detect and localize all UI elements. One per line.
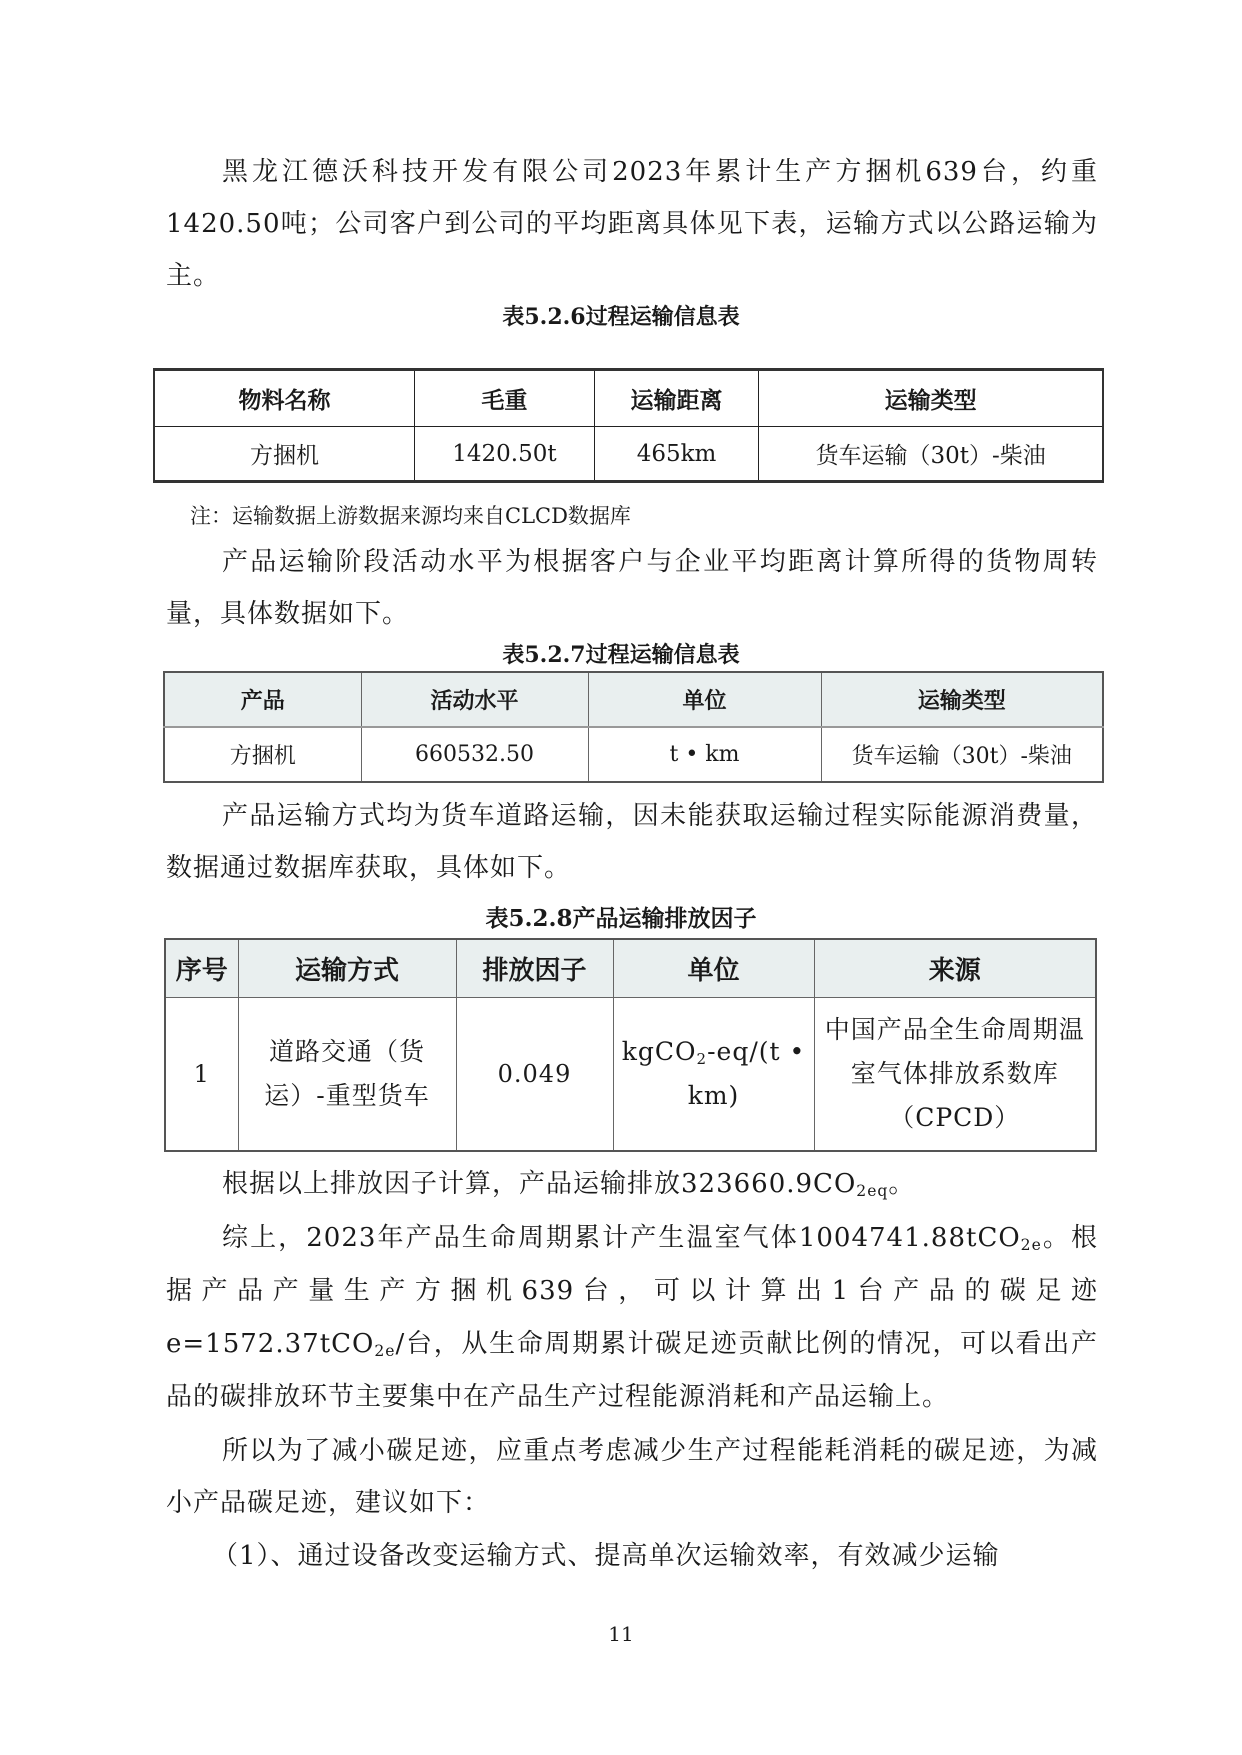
header-product: 产品 (164, 672, 361, 727)
page-number: 11 (0, 1622, 1242, 1646)
table-header-row: 物料名称 毛重 运输距离 运输类型 (154, 370, 1103, 427)
subscript: 2eq (856, 1182, 888, 1200)
header-transport-mode: 运输方式 (238, 939, 456, 998)
suggestion-item-1: （1）、通过设备改变运输方式、提高单次运输效率，有效减少运输 (166, 1530, 1098, 1582)
table3-caption: 表5.2.8产品运输排放因子 (0, 900, 1242, 933)
header-index: 序号 (165, 939, 238, 998)
unit-subscript: 2 (697, 1050, 708, 1068)
table1-caption: 表5.2.6过程运输信息表 (0, 300, 1242, 331)
header-activity-level: 活动水平 (361, 672, 588, 727)
cell-source: 中国产品全生命周期温室气体排放系数库（CPCD） (814, 998, 1096, 1152)
transport-info-table-2: 产品 活动水平 单位 运输类型 方捆机 660532.50 t • km 货车运… (163, 671, 1104, 783)
reduction-paragraph: 所以为了减小碳足迹，应重点考虑减少生产过程能耗消耗的碳足迹，为减小产品碳足迹，建… (166, 1425, 1098, 1529)
cell-transport-type: 货车运输（30t）-柴油 (759, 427, 1103, 482)
intro-paragraph: 黑龙江德沃科技开发有限公司2023年累计生产方捆机639台，约重1420.50吨… (166, 146, 1098, 302)
header-transport-type: 运输类型 (821, 672, 1103, 727)
cell-transport-type: 货车运输（30t）-柴油 (821, 727, 1103, 782)
header-unit: 单位 (613, 939, 814, 998)
summary-paragraph: 综上，2023年产品生命周期累计产生温室气体1004741.88tCO2e。根据… (166, 1212, 1098, 1424)
cell-product: 方捆机 (164, 727, 361, 782)
unit-prefix: kgCO (622, 1037, 697, 1066)
cell-index: 1 (165, 998, 238, 1152)
transport-emission-paragraph: 根据以上排放因子计算，产品运输排放323660.9CO2eq。 (166, 1158, 1098, 1210)
cell-transport-mode: 道路交通（货运）-重型货车 (238, 998, 456, 1152)
table-row: 1 道路交通（货运）-重型货车 0.049 kgCO2-eq/(t • km) … (165, 998, 1096, 1152)
header-gross-weight: 毛重 (414, 370, 594, 427)
table-row: 方捆机 1420.50t 465km 货车运输（30t）-柴油 (154, 427, 1103, 482)
cell-weight: 1420.50t (414, 427, 594, 482)
header-unit: 单位 (588, 672, 821, 727)
table-header-row: 产品 活动水平 单位 运输类型 (164, 672, 1103, 727)
text: 综上，2023年产品生命周期累计产生温室气体1004741.88tCO (222, 1223, 1021, 1253)
header-transport-type: 运输类型 (759, 370, 1103, 427)
header-material-name: 物料名称 (154, 370, 414, 427)
subscript: 2e (374, 1342, 395, 1360)
table2-caption: 表5.2.7过程运输信息表 (0, 638, 1242, 669)
activity-paragraph: 产品运输阶段活动水平为根据客户与企业平均距离计算所得的货物周转量，具体数据如下。 (166, 536, 1098, 640)
cell-material: 方捆机 (154, 427, 414, 482)
header-distance: 运输距离 (594, 370, 758, 427)
cell-emission-factor: 0.049 (456, 998, 613, 1152)
table-row: 方捆机 660532.50 t • km 货车运输（30t）-柴油 (164, 727, 1103, 782)
table-header-row: 序号 运输方式 排放因子 单位 来源 (165, 939, 1096, 998)
transport-mode-paragraph: 产品运输方式均为货车道路运输，因未能获取运输过程实际能源消费量， 数据通过数据库… (166, 790, 1098, 894)
unit-suffix: -eq/(t • km) (688, 1037, 806, 1110)
text: 。 (888, 1169, 915, 1199)
cell-unit: t • km (588, 727, 821, 782)
transport-info-table-1: 物料名称 毛重 运输距离 运输类型 方捆机 1420.50t 465km 货车运… (153, 368, 1104, 483)
cell-distance: 465km (594, 427, 758, 482)
header-emission-factor: 排放因子 (456, 939, 613, 998)
table1-note: 注：运输数据上游数据来源均来自CLCD数据库 (190, 501, 631, 531)
subscript: 2e (1021, 1236, 1042, 1254)
cell-activity-level: 660532.50 (361, 727, 588, 782)
text: 根据以上排放因子计算，产品运输排放323660.9CO (222, 1169, 856, 1199)
emission-factor-table: 序号 运输方式 排放因子 单位 来源 1 道路交通（货运）-重型货车 0.049… (164, 938, 1097, 1152)
cell-unit: kgCO2-eq/(t • km) (613, 998, 814, 1152)
header-source: 来源 (814, 939, 1096, 998)
